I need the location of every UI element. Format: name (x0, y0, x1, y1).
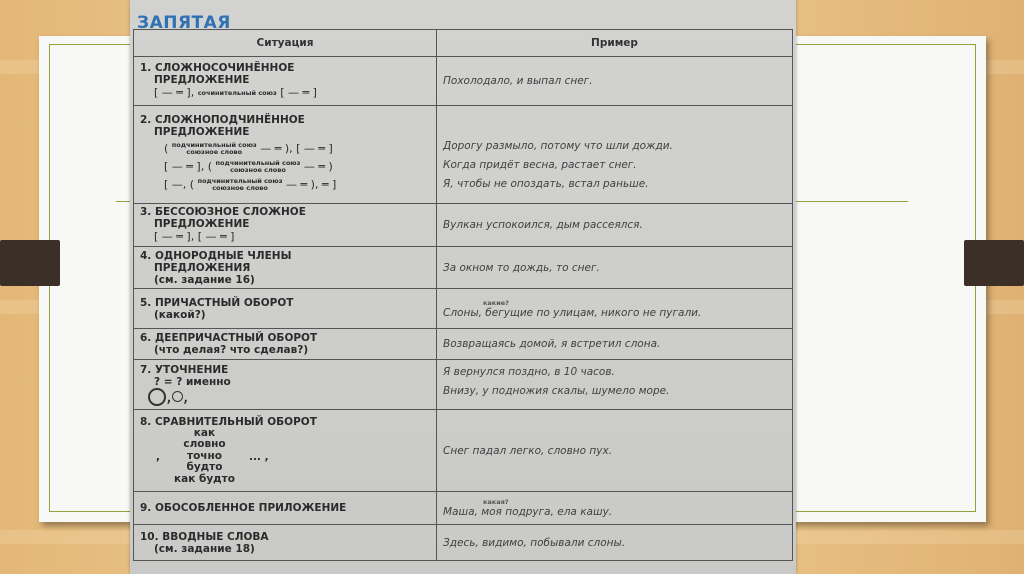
table-row: 2. СЛОЖНОПОДЧИНЁННОЕ ПРЕДЛОЖЕНИЕ ( подчи… (134, 106, 793, 204)
table-row: 8. СРАВНИТЕЛЬНЫЙ ОБОРОТ , как словно точ… (134, 410, 793, 492)
question-label: какая? (443, 498, 786, 506)
situation-cell: 10. ВВОДНЫЕ СЛОВА (см. задание 18) (134, 525, 437, 561)
situation-cell: 9. ОБОСОБЛЕННОЕ ПРИЛОЖЕНИЕ (134, 492, 437, 525)
rule-note: (какой?) (140, 309, 430, 321)
sentence-scheme: [ — ═ ], [ — ═ ] (140, 230, 430, 244)
example-sentence: Слоны, бегущие по улицам, никого не пуга… (443, 307, 701, 319)
rule-title: 2. СЛОЖНОПОДЧИНЁННОЕ (140, 114, 430, 126)
situation-cell: 2. СЛОЖНОПОДЧИНЁННОЕ ПРЕДЛОЖЕНИЕ ( подчи… (134, 106, 437, 204)
table-row: 6. ДЕЕПРИЧАСТНЫЙ ОБОРОТ (что делая? что … (134, 329, 793, 360)
comparison-scheme: , как словно точно будто как будто ... , (140, 428, 430, 486)
table-row: 10. ВВОДНЫЕ СЛОВА (см. задание 18) Здесь… (134, 525, 793, 561)
example-cell: какая? Маша, моя подруга, ела кашу. (437, 492, 793, 525)
table-row: 4. ОДНОРОДНЫЕ ЧЛЕНЫ ПРЕДЛОЖЕНИЯ (см. зад… (134, 247, 793, 289)
example-cell: Вулкан успокоился, дым рассеялся. (437, 204, 793, 247)
rule-title: 10. ВВОДНЫЕ СЛОВА (140, 531, 430, 543)
example-sentence: Я, чтобы не опоздать, встал раньше. (443, 178, 786, 190)
table-row: 9. ОБОСОБЛЕННОЕ ПРИЛОЖЕНИЕ какая? Маша, … (134, 492, 793, 525)
rule-note: (см. задание 16) (140, 274, 430, 286)
rule-title-cont: ПРЕДЛОЖЕНИЯ (140, 262, 430, 274)
sentence-scheme: ( подчинительный союзсоюзное слово — ═ )… (140, 142, 430, 156)
comparison-words: как словно точно будто как будто (174, 428, 235, 486)
rule-title: 5. ПРИЧАСТНЫЙ ОБОРОТ (140, 297, 430, 309)
situation-cell: 3. БЕССОЮЗНОЕ СЛОЖНОЕ ПРЕДЛОЖЕНИЕ [ — ═ … (134, 204, 437, 247)
rule-title-cont: ПРЕДЛОЖЕНИЕ (140, 218, 430, 230)
example-sentence: Когда придёт весна, растает снег. (443, 159, 786, 171)
decorative-tab-right (964, 240, 1024, 286)
circle-icon (148, 388, 166, 406)
column-header-situation: Ситуация (134, 30, 437, 57)
example-sentence: Похолодало, и выпал снег. (443, 75, 593, 87)
situation-cell: 7. УТОЧНЕНИЕ ? = ? именно ,, (134, 360, 437, 410)
rule-title-cont: ПРЕДЛОЖЕНИЕ (140, 74, 430, 86)
comma-rules-table: Ситуация Пример 1. СЛОЖНОСОЧИНЁННОЕ ПРЕД… (133, 29, 793, 561)
example-cell: Снег падал легко, словно пух. (437, 410, 793, 492)
question-label: какие? (443, 299, 786, 307)
example-sentence: Внизу, у подножия скалы, шумело море. (443, 385, 786, 397)
column-header-example: Пример (437, 30, 793, 57)
rule-title: 3. БЕССОЮЗНОЕ СЛОЖНОЕ (140, 206, 430, 218)
situation-cell: 6. ДЕЕПРИЧАСТНЫЙ ОБОРОТ (что делая? что … (134, 329, 437, 360)
scheme-circles: ,, (140, 388, 430, 406)
example-cell: Дорогу размыло, потому что шли дожди. Ко… (437, 106, 793, 204)
example-sentence: Вулкан успокоился, дым рассеялся. (443, 219, 643, 231)
example-cell: За окном то дождь, то снег. (437, 247, 793, 289)
rule-note: (что делая? что сделав?) (140, 344, 430, 356)
circle-icon (172, 391, 183, 402)
example-sentence: Возвращаясь домой, я встретил слона. (443, 338, 660, 350)
example-sentence: Дорогу размыло, потому что шли дожди. (443, 140, 786, 152)
table-row: 1. СЛОЖНОСОЧИНЁННОЕ ПРЕДЛОЖЕНИЕ [ — ═ ],… (134, 57, 793, 106)
sentence-scheme: [ — ═ ], сочинительный союз [ — ═ ] (140, 86, 430, 100)
example-sentence: Маша, моя подруга, ела кашу. (443, 506, 612, 518)
example-sentence: Снег падал легко, словно пух. (443, 445, 612, 457)
sentence-scheme: [ —, ( подчинительный союзсоюзное слово … (140, 178, 430, 192)
worksheet-photo: ЗАПЯТАЯ Ситуация Пример 1. СЛОЖНОСОЧИНЁН… (130, 0, 796, 574)
example-sentence: Я вернулся поздно, в 10 часов. (443, 366, 786, 378)
table-row: 5. ПРИЧАСТНЫЙ ОБОРОТ (какой?) какие? Сло… (134, 289, 793, 329)
situation-cell: 1. СЛОЖНОСОЧИНЁННОЕ ПРЕДЛОЖЕНИЕ [ — ═ ],… (134, 57, 437, 106)
decorative-tab-left (0, 240, 60, 286)
example-cell: Похолодало, и выпал снег. (437, 57, 793, 106)
rule-note: (см. задание 18) (140, 543, 430, 555)
table-row: 7. УТОЧНЕНИЕ ? = ? именно ,, Я вернулся … (134, 360, 793, 410)
rule-title: 9. ОБОСОБЛЕННОЕ ПРИЛОЖЕНИЕ (140, 502, 430, 514)
example-cell: Здесь, видимо, побывали слоны. (437, 525, 793, 561)
situation-cell: 8. СРАВНИТЕЛЬНЫЙ ОБОРОТ , как словно точ… (134, 410, 437, 492)
example-sentence: Здесь, видимо, побывали слоны. (443, 537, 625, 549)
rule-title-cont: ПРЕДЛОЖЕНИЕ (140, 126, 430, 138)
rule-title: 6. ДЕЕПРИЧАСТНЫЙ ОБОРОТ (140, 332, 430, 344)
table-row: 3. БЕССОЮЗНОЕ СЛОЖНОЕ ПРЕДЛОЖЕНИЕ [ — ═ … (134, 204, 793, 247)
example-sentence: За окном то дождь, то снег. (443, 262, 600, 274)
example-cell: какие? Слоны, бегущие по улицам, никого … (437, 289, 793, 329)
situation-cell: 5. ПРИЧАСТНЫЙ ОБОРОТ (какой?) (134, 289, 437, 329)
example-cell: Я вернулся поздно, в 10 часов. Внизу, у … (437, 360, 793, 410)
table-header-row: Ситуация Пример (134, 30, 793, 57)
sentence-scheme: [ — ═ ], ( подчинительный союзсоюзное сл… (140, 160, 430, 174)
rule-title: 4. ОДНОРОДНЫЕ ЧЛЕНЫ (140, 250, 430, 262)
rule-title: 7. УТОЧНЕНИЕ (140, 364, 430, 376)
rule-title: 1. СЛОЖНОСОЧИНЁННОЕ (140, 62, 430, 74)
rule-title: 8. СРАВНИТЕЛЬНЫЙ ОБОРОТ (140, 416, 430, 428)
example-cell: Возвращаясь домой, я встретил слона. (437, 329, 793, 360)
situation-cell: 4. ОДНОРОДНЫЕ ЧЛЕНЫ ПРЕДЛОЖЕНИЯ (см. зад… (134, 247, 437, 289)
